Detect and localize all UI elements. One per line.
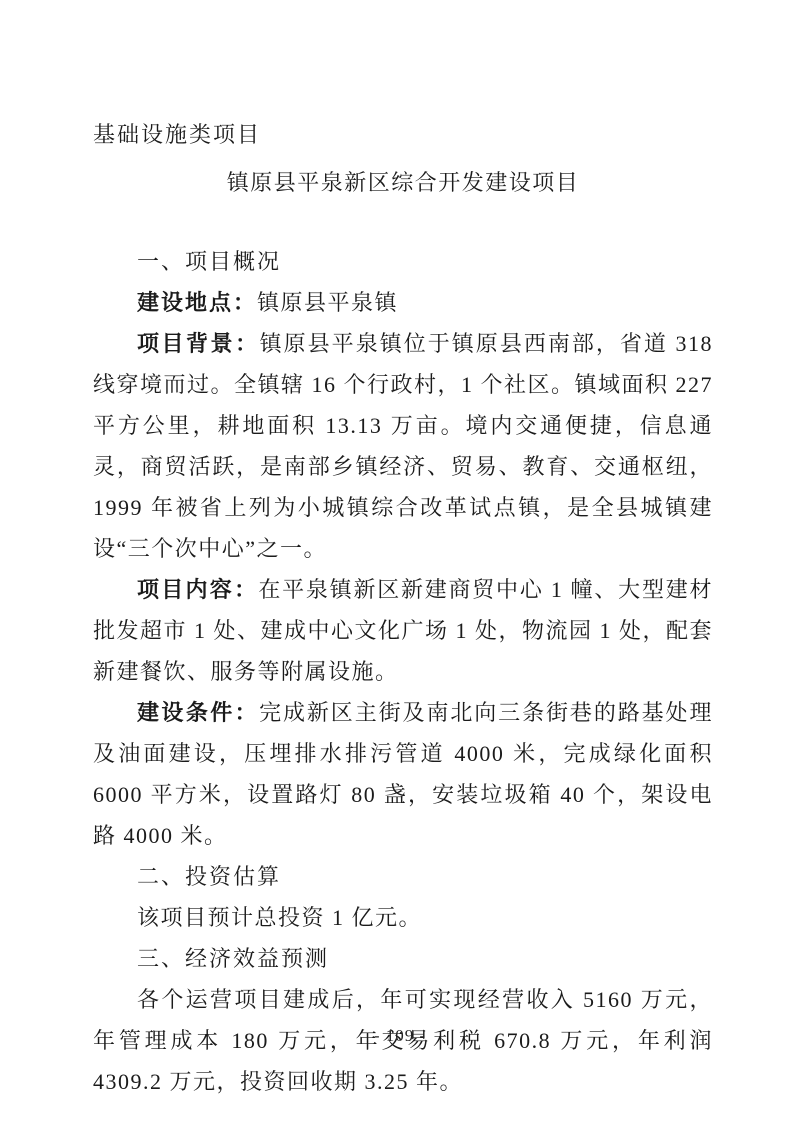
category-heading: 基础设施类项目 (93, 114, 713, 155)
section-heading-3: 三、经济效益预测 (93, 938, 713, 979)
paragraph-label: 项目背景： (137, 331, 260, 356)
document-title: 镇原县平泉新区综合开发建设项目 (93, 162, 713, 203)
paragraph-label: 项目内容： (137, 577, 258, 602)
paragraph-background: 项目背景：镇原县平泉镇位于镇原县西南部，省道 318 线穿境而过。全镇辖 16 … (93, 323, 713, 569)
paragraph-content: 项目内容：在平泉镇新区新建商贸中心 1 幢、大型建材批发超市 1 处、建成中心文… (93, 569, 713, 692)
document-body: 基础设施类项目 镇原县平泉新区综合开发建设项目 一、项目概况 建设地点：镇原县平… (93, 114, 713, 1102)
paragraph-label: 建设条件： (137, 700, 259, 725)
paragraph-location: 建设地点：镇原县平泉镇 (93, 282, 713, 323)
document-page: 基础设施类项目 镇原县平泉新区综合开发建设项目 一、项目概况 建设地点：镇原县平… (0, 0, 800, 1131)
paragraph-investment: 该项目预计总投资 1 亿元。 (93, 897, 713, 938)
section-heading-2: 二、投资估算 (93, 856, 713, 897)
paragraph-label: 建设地点： (137, 290, 257, 315)
section-heading-1: 一、项目概况 (93, 241, 713, 282)
page-number: - 109 - (0, 1026, 800, 1046)
paragraph-conditions: 建设条件：完成新区主街及南北向三条街巷的路基处理及油面建设，压埋排水排污管道 4… (93, 692, 713, 856)
paragraph-text: 镇原县平泉镇位于镇原县西南部，省道 318 线穿境而过。全镇辖 16 个行政村，… (93, 331, 713, 561)
paragraph-text: 镇原县平泉镇 (257, 290, 398, 315)
